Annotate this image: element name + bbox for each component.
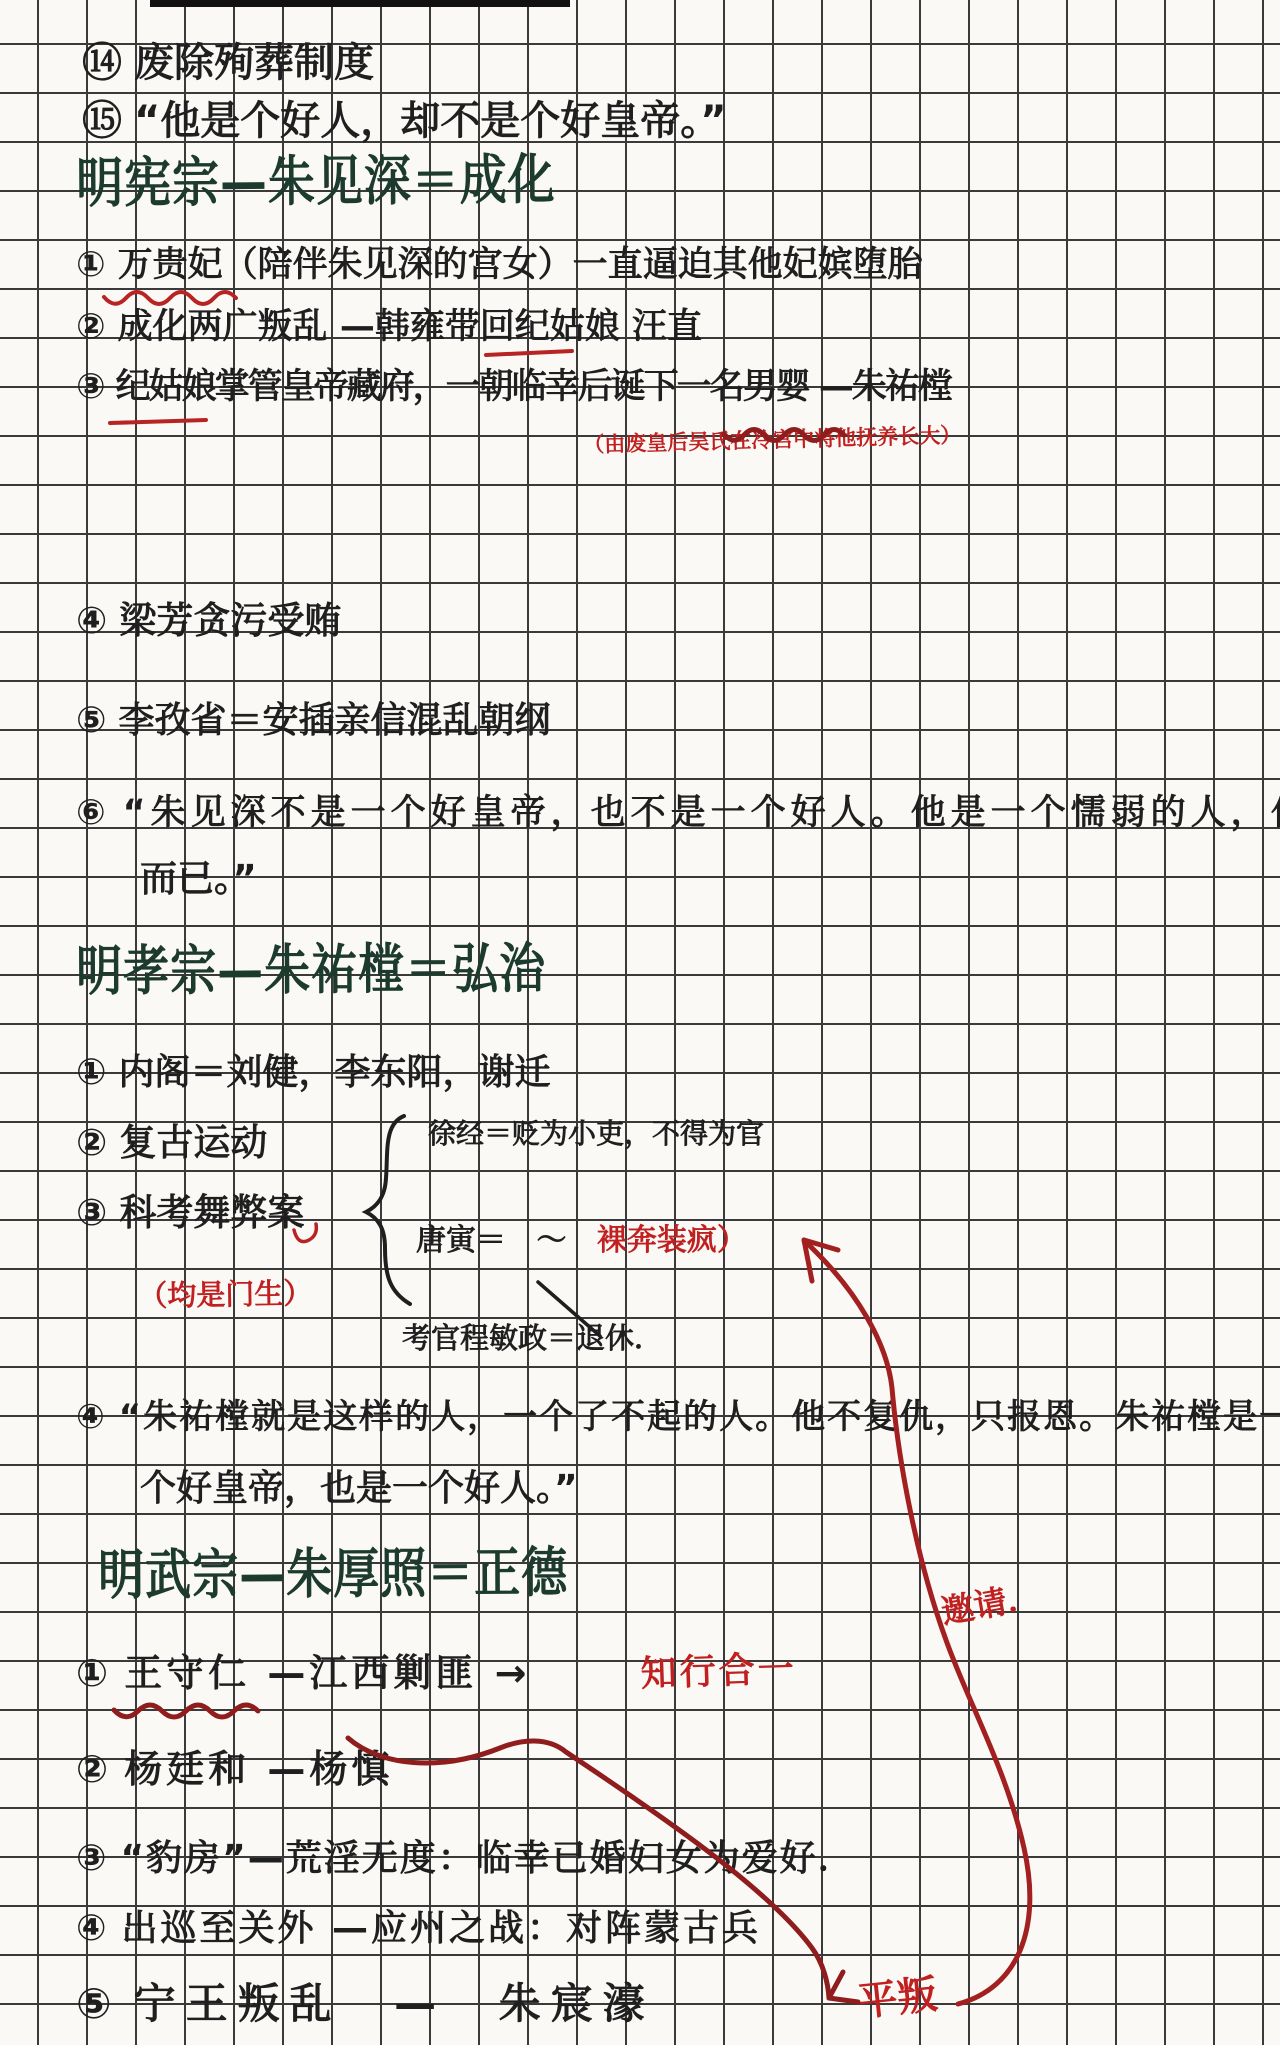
note-text: 王守仁 —江西剿匪 → <box>124 1651 530 1695</box>
red-note-mensheng: （均是门生） <box>138 1275 313 1314</box>
red-label-invite: 邀请． <box>938 1575 1043 1633</box>
note-text: “他是个好人，却不是个好皇帝。” <box>134 98 727 144</box>
note-line: ①万贵妃（陪伴朱见深的宫女）一直逼迫其他妃嫔堕胎 <box>76 244 923 288</box>
note-line-item15: ⑮“他是个好人，却不是个好皇帝。” <box>82 96 727 146</box>
section-heading-xiaozong: 明孝宗—朱祐樘＝弘治 <box>76 935 546 1006</box>
note-text: 唐寅＝ <box>416 1223 506 1258</box>
note-line: ①王守仁 —江西剿匪 → <box>76 1650 531 1698</box>
note-text: 万贵妃（陪伴朱见深的宫女）一直逼迫其他妃嫔堕胎 <box>118 245 923 285</box>
circled-number: ③ <box>76 366 104 410</box>
note-text: 内阁＝刘健，李东阳，谢迁 <box>118 1052 550 1093</box>
red-underline-jiguniang-2 <box>110 420 206 423</box>
circled-number: ② <box>76 1120 107 1166</box>
circled-number: ⑥ <box>76 792 111 836</box>
red-underline-jiguniang-1 <box>486 351 572 355</box>
note-text: “朱见深不是一个好皇帝，也不是一个好人。他是一个懦弱的人，仅此 <box>123 793 1280 833</box>
note-line-quote2: 个好皇帝，也是一个好人。” <box>140 1466 578 1511</box>
note-text: 成化两广叛乱 —韩雍带回纪姑娘 汪直 <box>118 307 702 347</box>
note-line-item14: ⑭废除殉葬制度 <box>82 38 374 88</box>
red-arrowhead-tangyin <box>804 1240 838 1281</box>
circled-number: ② <box>76 1746 112 1794</box>
circled-number: ③ <box>76 1190 107 1236</box>
note-line: ③纪姑娘掌管皇帝藏府，一朝临幸后诞下一名男婴 —朱祐樘 <box>76 366 951 410</box>
red-margin-note: （由废皇后吴氏在冷宫中将他抚养长大） <box>583 422 962 458</box>
note-line: ②成化两广叛乱 —韩雍带回纪姑娘 汪直 <box>76 306 702 350</box>
note-text: 复古运动 <box>119 1121 267 1164</box>
circled-number: ② <box>76 306 106 350</box>
note-line: ④出巡至关外 —应州之战：对阵蒙古兵 <box>76 1906 761 1951</box>
note-text: 李孜省＝安插亲信混乱朝纲 <box>118 700 550 741</box>
note-line: ③科考舞弊案 <box>76 1190 304 1236</box>
branch-xu-jing: 徐经＝贬为小吏，不得为官 <box>428 1116 764 1151</box>
circled-number: ④ <box>76 598 107 644</box>
note-line: ⑥“朱见深不是一个好皇帝，也不是一个好人。他是一个懦弱的人，仅此 <box>76 792 1280 836</box>
branch-examiner: 考官程敏政＝退休． <box>402 1320 663 1356</box>
circled-number: ⑤ <box>76 698 106 743</box>
note-line: ②杨廷和 —杨慎 <box>76 1746 393 1794</box>
note-line-quote: ④“朱祐樘就是这样的人，一个了不起的人。他不复仇，只报恩。朱祐樘是一 <box>76 1396 1280 1439</box>
note-line: ①内阁＝刘健，李东阳，谢迁 <box>76 1050 551 1095</box>
note-line: ⑤宁王叛乱 — 朱宸濠 <box>76 1978 655 2031</box>
circled-number: ③ <box>76 1836 108 1881</box>
note-text: 科考舞弊案 <box>119 1191 304 1234</box>
circled-number: ① <box>76 1050 106 1095</box>
red-wavy-underline-wangshouren <box>114 1705 258 1717</box>
note-text: 废除殉葬制度 <box>134 40 374 86</box>
red-note-pingpan: 平叛 <box>855 1970 940 2028</box>
note-line: ④梁芳贪污受贿 <box>76 598 341 644</box>
note-line: ⑤李孜省＝安插亲信混乱朝纲 <box>76 698 551 743</box>
note-text: 出巡至关外 —应州之战：对阵蒙古兵 <box>121 1908 761 1949</box>
note-text: 宁王叛乱 — 朱宸濠 <box>134 1979 655 2028</box>
circled-number: ④ <box>76 1396 107 1439</box>
circled-number: ① <box>76 1650 112 1698</box>
circled-number: ⑤ <box>76 1978 122 2031</box>
note-line: ②复古运动 <box>76 1120 267 1166</box>
note-line-quote-tail: 而已。” <box>140 856 257 902</box>
note-text: “豹房”—荒淫无度：临幸已婚妇女为爱好． <box>120 1838 855 1879</box>
ditto-tilde: ～ <box>536 1223 566 1258</box>
circled-number: ④ <box>76 1906 109 1951</box>
red-note-tang: 裸奔装疯） <box>597 1223 747 1258</box>
note-text: 梁芳贪污受贿 <box>119 599 341 642</box>
red-note-zhixingheyi: 知行合一 <box>640 1647 797 1697</box>
note-text: “朱祐樘就是这样的人，一个了不起的人。他不复仇，只报恩。朱祐樘是一 <box>119 1397 1280 1437</box>
red-wavy-underline-wanguifei <box>104 292 236 304</box>
section-heading-xianzong: 明宪宗—朱见深＝成化 <box>76 146 556 218</box>
brace-exam-case <box>366 1116 410 1304</box>
branch-tang-yin: 唐寅＝ ～ 裸奔装疯） <box>416 1222 747 1260</box>
notebook-page: { "colors": { "ink": "#1f1f1f", "heading… <box>0 0 1280 2045</box>
section-heading-wuzong: 明武宗—朱厚照＝正德 <box>98 1539 568 1610</box>
note-text: 纪姑娘掌管皇帝藏府，一朝临幸后诞下一名男婴 —朱祐樘 <box>116 367 951 407</box>
photo-edge-bar <box>150 0 570 7</box>
red-arrowhead-pingpan <box>829 1972 858 2002</box>
circled-number: ⑭ <box>82 38 122 88</box>
note-line: ③“豹房”—荒淫无度：临幸已婚妇女为爱好． <box>76 1836 856 1881</box>
note-text: 杨廷和 —杨慎 <box>124 1747 393 1791</box>
circled-number: ① <box>76 244 106 288</box>
circled-number: ⑮ <box>82 96 122 146</box>
